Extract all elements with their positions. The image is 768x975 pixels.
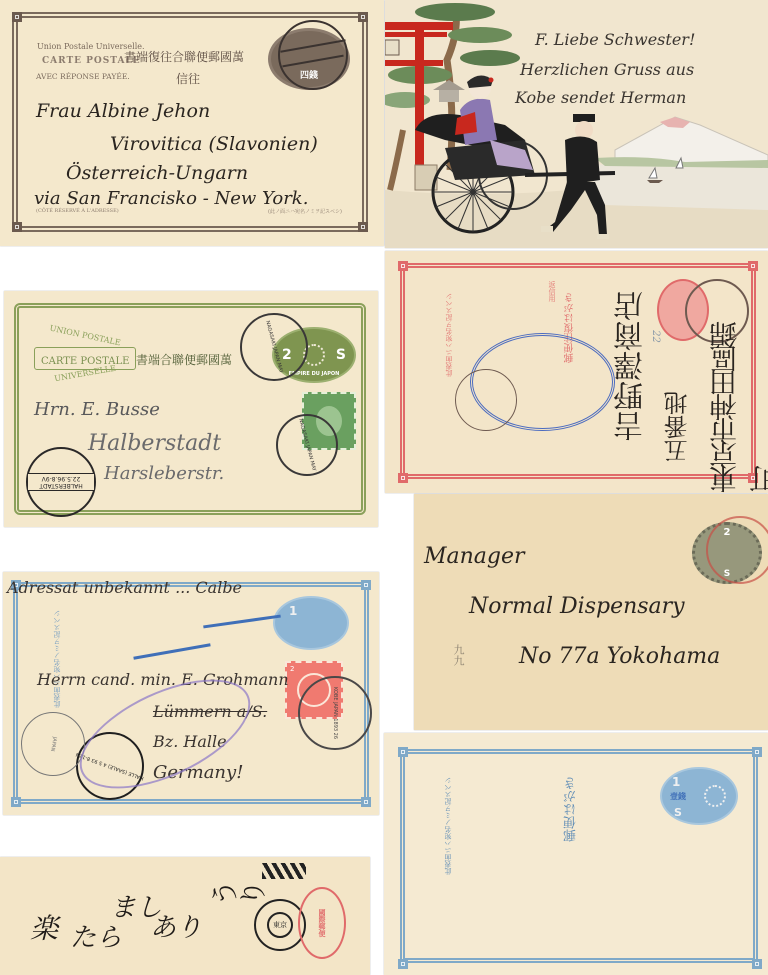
address-line: Virovitica (Slavonien)	[110, 133, 318, 155]
footer-left: (CÔTÉ RÉSERVÉ À L'ADRESSE)	[36, 208, 119, 214]
border-corner	[11, 797, 21, 807]
border-corner	[748, 261, 758, 271]
imprint-value: 1	[289, 604, 297, 618]
postmark-japan: JAPAN	[21, 712, 85, 776]
japanese-sub: 返信用	[547, 281, 557, 302]
postcard-illustrated-rickshaw: F. Liebe Schwester! Herzlichen Gruss aus…	[385, 0, 768, 248]
address-line: Halberstadt	[88, 431, 221, 456]
postmark-nagasaki: NAGASAKI JAPAN MAY	[240, 313, 308, 381]
banner-text: CARTE POSTALE	[41, 356, 129, 367]
border-corner	[358, 222, 368, 232]
postmark-halberstadt: HALBERSTADT 22.5.96.8-9V	[26, 447, 96, 517]
border-corner	[398, 747, 408, 757]
address-line: No 77a Yokohama	[519, 644, 720, 669]
postmark-kobe: KOBE JAPAN 1893 26	[298, 676, 372, 750]
postmark	[455, 369, 517, 431]
postmark-text: 東京	[273, 920, 287, 930]
border-corner	[358, 12, 368, 22]
address-column: 五番地	[660, 391, 695, 463]
pencil-annotation: 22	[650, 330, 661, 343]
imprint-value: 1	[672, 775, 680, 789]
chrysanthemum-icon	[704, 785, 726, 807]
address-line: Österreich-Ungarn	[66, 162, 248, 184]
japanese-note: 此表面ニハ宛名ヲ記スベシ	[445, 293, 454, 377]
printed-stamp-imprint: 1	[273, 596, 349, 650]
border-corner	[361, 797, 371, 807]
postcard-blue-kobe: 此表面ニハ宛名ノミヲ記スベシ 1 2 KOBE JAPAN 1893 26 HA…	[3, 572, 379, 815]
side-notes: 九九	[450, 644, 466, 666]
reply-paid-text: AVEC RÉPONSE PAYÉE.	[36, 72, 130, 81]
address-column: 吉野澤商店	[610, 291, 654, 441]
imprint-sen: S	[674, 806, 682, 819]
address-line: Normal Dispensary	[469, 594, 685, 619]
border-corner	[398, 959, 408, 969]
border-corner	[12, 12, 22, 22]
japanese-note: 此表面ニハ宛名ノミヲ記スベシ	[444, 777, 453, 875]
postmark-red	[706, 516, 768, 584]
postmark-text: KOBE JAPAN 1893 26	[332, 687, 338, 739]
border-corner	[398, 473, 408, 483]
japanese-subtitle: 往信	[176, 70, 200, 87]
postmark-text: JAPAN	[49, 736, 57, 751]
imprint-text: 國際郵便	[317, 909, 327, 937]
address-line: Manager	[424, 544, 525, 569]
printed-stamp-imprint: 1 壹錢 S	[660, 767, 738, 825]
stamp-value: 2	[290, 665, 294, 673]
calligraphy-line: 楽	[30, 907, 58, 947]
envelope-yokohama: 2 S Manager Normal Dispensary No 77a Yok…	[414, 494, 768, 730]
address-line: Harsleberstr.	[104, 463, 224, 484]
border-corner	[752, 959, 762, 969]
imprint-sen: S	[336, 347, 346, 363]
postcard-blue-unused: 郵便はがき 此表面ニハ宛名ノミヲ記スベシ 1 壹錢 S	[384, 733, 768, 975]
carte-postale-banner: CARTE POSTALE	[34, 347, 136, 370]
message-line: F. Liebe Schwester!	[535, 30, 695, 49]
address-line: Adressat unbekannt ... Calbe	[7, 578, 242, 597]
border-corner	[752, 747, 762, 757]
address-column: 東京市神田區錦町	[705, 321, 768, 493]
address-line: via San Francisko - New York.	[34, 188, 308, 209]
postmark-text: HALBERSTADT 22.5.96.8-9V	[28, 473, 94, 491]
printed-stamp-imprint-red: 國際郵便	[298, 887, 346, 959]
address-line: Herrn cand. min. E. Grohmann	[37, 670, 289, 689]
postmark-text: NAGASAKI JAPAN MAY	[297, 418, 317, 472]
postcard-calligraphy-fragment: うり あり まし たら 楽 東京 國際郵便	[0, 857, 370, 975]
address-line: Frau Albine Jehon	[36, 100, 210, 122]
address-line: Hrn. E. Busse	[34, 399, 160, 420]
postcard-red-reply: 返信用 郵便往復はがき 此表面ニハ宛名ヲ記スベシ 東京市神田區錦町 五番地 吉野…	[385, 251, 768, 493]
border-corner	[398, 261, 408, 271]
japanese-title: 郵便はがき	[562, 777, 581, 842]
border-corner	[361, 580, 371, 590]
calligraphy-line: たら	[70, 917, 122, 954]
postcard-brown-reply-paid: Union Postale Universelle. CARTE POSTALE…	[0, 0, 384, 246]
border-corner	[12, 222, 22, 232]
japanese-title: 萬國郵便聯合端書	[136, 351, 232, 368]
japanese-title: 萬國郵便聯合往復端書	[124, 48, 244, 65]
japanese-note: 此表面ニハ宛名ノミヲ記スベシ	[53, 610, 62, 708]
calligraphy-column: うり	[210, 875, 266, 915]
postcard-green-nagasaki: UNION POSTALE CARTE POSTALE UNIVERSELLE …	[4, 291, 378, 527]
postmark-inner: 東京	[267, 912, 293, 938]
message-line: Herzlichen Gruss aus	[520, 60, 694, 79]
footer-right: (此ノ面ニハ宛名ノミヲ記スベシ)	[268, 208, 342, 215]
postmark-nagasaki: NAGASAKI JAPAN MAY	[276, 414, 338, 476]
imprint-kanji: 壹錢	[670, 791, 686, 802]
message-line: Kobe sendet Herman	[515, 88, 686, 107]
postmark-text: NAGASAKI JAPAN MAY	[264, 320, 284, 374]
cancel-bars	[262, 863, 306, 879]
